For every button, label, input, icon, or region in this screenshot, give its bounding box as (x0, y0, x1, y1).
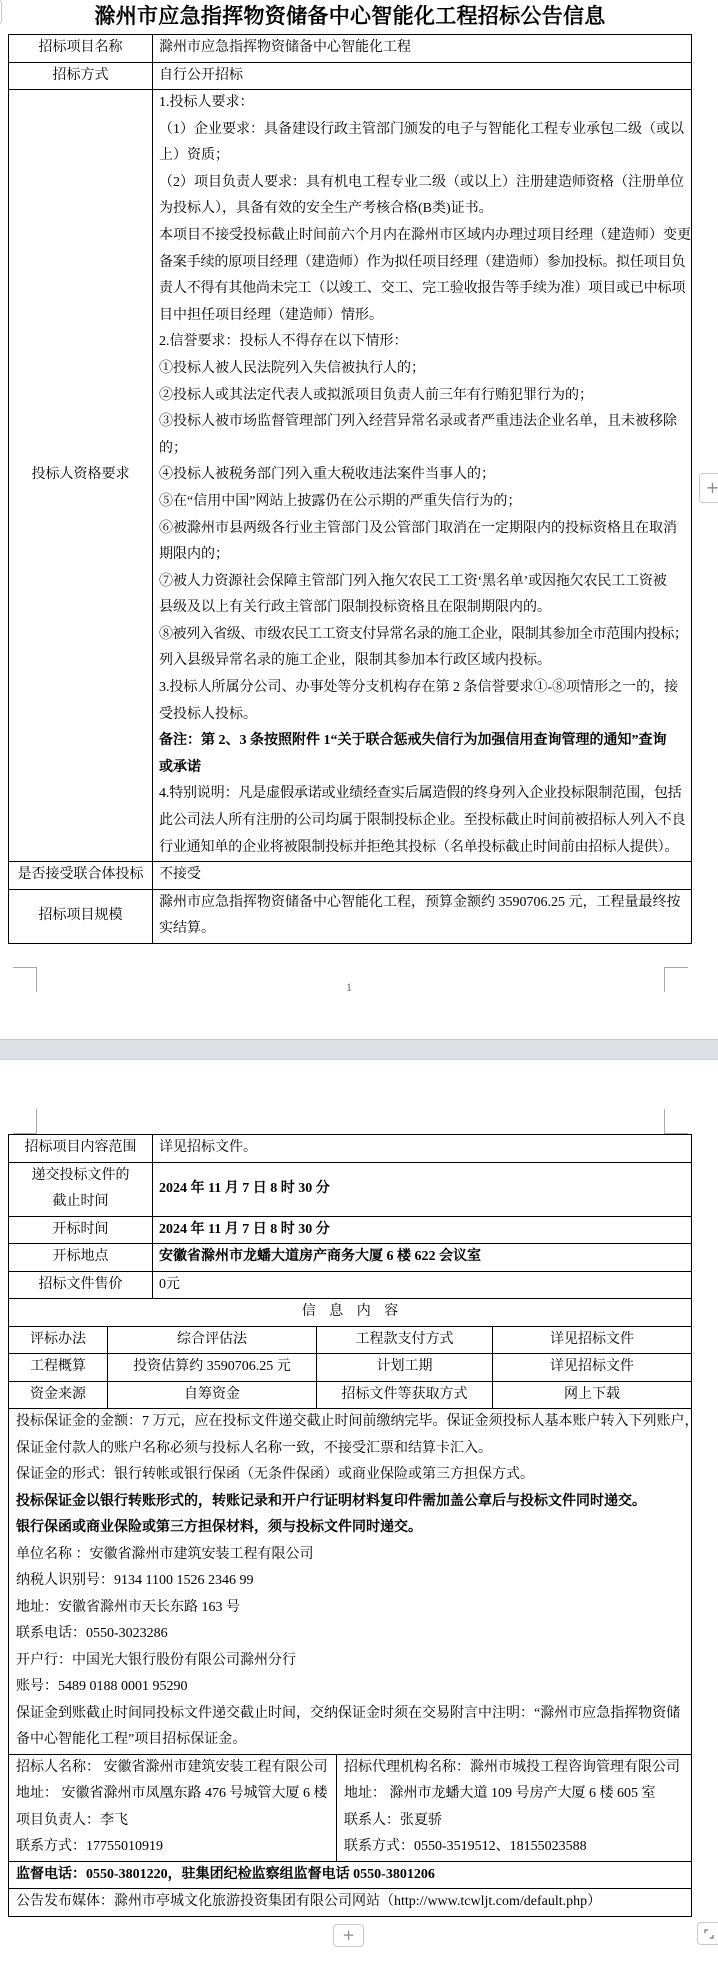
funding-source-value: 自筹资金 (108, 1381, 317, 1409)
page-number: 1 (346, 978, 352, 996)
qualification-note-line: 或承诺 (159, 755, 690, 782)
qualification-line: 县级及以上有关行政主管部门限制投标资格且在限制期限内的。 (159, 595, 690, 622)
estimate-label: 工程概算 (9, 1354, 108, 1382)
document-price-value: 0元 (153, 1271, 692, 1299)
qualification-content: 1.投标人要求： （1）企业要求：具备建设行政主管部门颁发的电子与智能化工程专业… (153, 90, 692, 862)
schedule-value: 详见招标文件 (493, 1354, 692, 1382)
supervision-phone: 监督电话：0550-3801220，驻集团纪检监察组监督电话 0550-3801… (9, 1861, 692, 1889)
scale-line: 实结算。 (159, 916, 690, 943)
evaluation-method-value: 综合评估法 (108, 1326, 317, 1354)
qualification-line: ⑧被列入省级、市级农民工工资支付异常名录的施工企业，限制其参加全市范围内投标； (159, 622, 690, 649)
page-corner-mark (13, 967, 37, 992)
agency-address: 地址： 滁州市龙蟠大道 109 号房产大厦 6 楼 605 室 (344, 1781, 690, 1808)
deposit-bold-line: 投标保证金以银行转账形式的，转账记录和开户行证明材料复印件需加盖公章后与投标文件… (16, 1489, 690, 1516)
qualification-line: ①投标人被人民法院列入失信被执行人的； (159, 356, 690, 383)
page-corner-mark (13, 1109, 37, 1134)
table-row-bidding-method: 招标方式 自行公开招标 (9, 62, 692, 90)
table-row-qualification: 投标人资格要求 1.投标人要求： （1）企业要求：具备建设行政主管部门颁发的电子… (9, 90, 692, 862)
bid-info-table-page1: 招标项目名称 滁州市应急指挥物资储备中心智能化工程 招标方式 自行公开招标 投标… (8, 34, 692, 944)
document-price-label: 招标文件售价 (9, 1271, 153, 1299)
deposit-line: 纳税人识别号：9134 1100 1526 2346 99 (16, 1568, 690, 1595)
qualification-line: ④投标人被税务部门列入重大税收违法案件当事人的； (159, 462, 690, 489)
plus-icon: + (706, 478, 718, 497)
qualification-line: 的； (159, 436, 690, 463)
qualification-note-line: 备注：第 2、3 条按照附件 1“关于联合惩戒失信行为加强信用查询管理的通知”查… (159, 728, 690, 755)
qualification-line: 目中担任项目经理（建造师）情形。 (159, 303, 690, 330)
scale-line: 滁州市应急指挥物资储备中心智能化工程，预算金额约 3590706.25 元，工程… (159, 890, 690, 917)
table-row-scale: 招标项目规模 滁州市应急指挥物资储备中心智能化工程，预算金额约 3590706.… (9, 889, 692, 943)
tenderer-project-lead: 项目负责人：李飞 (16, 1808, 335, 1835)
deposit-line: 联系电话：0550-3023286 (16, 1621, 690, 1648)
deposit-bold-line: 银行保函或商业保险或第三方担保材料，须与投标文件同时递交。 (16, 1515, 690, 1542)
table-row-deposit: 投标保证金的金额：7 万元，应在投标文件递交截止时间前缴纳完毕。保证金须投标人基… (9, 1409, 692, 1755)
table-row-opening-time: 开标时间 2024 年 11 月 7 日 8 时 30 分 (9, 1216, 692, 1244)
qualification-line: 4.特别说明：凡是虚假承诺或业绩经查实后属造假的终身列入企业投标限制范围，包括 (159, 781, 690, 808)
tenderer-address: 地址： 安徽省滁州市凤凰东路 476 号城管大厦 6 楼 (16, 1781, 335, 1808)
page-corner-mark (664, 1109, 688, 1134)
bid-info-table-page2: 招标项目内容范围 详见招标文件。 递交投标文件的 截止时间 2024 年 11 … (8, 1134, 692, 1917)
side-add-button[interactable]: + (699, 473, 718, 503)
opening-location-value: 安徽省滁州市龙蟠大道房产商务大厦 6 楼 622 会议室 (153, 1244, 692, 1272)
plus-icon: + (342, 1926, 355, 1944)
consortium-label: 是否接受联合体投标 (9, 862, 153, 890)
page-corner-mark (664, 967, 688, 992)
tenderer-info: 招标人名称： 安徽省滁州市建筑安装工程有限公司 地址： 安徽省滁州市凤凰东路 4… (9, 1754, 337, 1861)
table-row-media: 公告发布媒体：滁州市亭城文化旅游投资集团有限公司网站（http://www.tc… (9, 1889, 692, 1917)
qualification-line: ⑤在“信用中国”网站上披露仍在公示期的严重失信行为的； (159, 489, 690, 516)
evaluation-method-label: 评标办法 (9, 1326, 108, 1354)
estimate-value: 投资估算约 3590706.25 元 (108, 1354, 317, 1382)
tenderer-contact: 联系方式：17755010919 (16, 1834, 335, 1861)
document-title: 滁州市应急指挥物资储备中心智能化工程招标公告信息 (0, 0, 700, 32)
table-row-info: 工程概算 投资估算约 3590706.25 元 计划工期 详见招标文件 (9, 1354, 692, 1382)
qualification-line: 1.投标人要求： (159, 90, 690, 117)
table-row-supervision: 监督电话：0550-3801220，驻集团纪检监察组监督电话 0550-3801… (9, 1861, 692, 1889)
payment-method-label: 工程款支付方式 (317, 1326, 493, 1354)
deposit-line: 账号：5489 0188 0001 95290 (16, 1674, 690, 1701)
deposit-line: 单位名称 ：安徽省滁州市建筑安装工程有限公司 (16, 1542, 690, 1569)
qualification-line: ②投标人或其法定代表人或拟派项目负责人前三年有行贿犯罪行为的； (159, 383, 690, 410)
scope-label: 招标项目内容范围 (9, 1135, 153, 1163)
scale-content: 滁州市应急指挥物资储备中心智能化工程，预算金额约 3590706.25 元，工程… (153, 889, 692, 943)
expand-button[interactable] (697, 1922, 718, 1945)
qualification-line: 3.投标人所属分公司、办事处等分支机构存在第 2 条信誉要求①-⑧项情形之一的，… (159, 675, 690, 702)
add-button[interactable]: + (333, 1924, 364, 1947)
qualification-line: （2）项目负责人要求：具有机电工程专业二级（或以上）注册建造师资格（注册单位 (159, 170, 690, 197)
table-row-project-name: 招标项目名称 滁州市应急指挥物资储备中心智能化工程 (9, 35, 692, 63)
expand-icon (704, 1929, 714, 1939)
table-row-scope: 招标项目内容范围 详见招标文件。 (9, 1135, 692, 1163)
deposit-line: 保证金的形式：银行转帐或银行保函（无条件保函）或商业保险或第三方担保方式。 (16, 1462, 690, 1489)
deposit-line: 地址：安徽省滁州市天长东路 163 号 (16, 1595, 690, 1622)
deposit-line: 投标保证金的金额：7 万元，应在投标文件递交截止时间前缴纳完毕。保证金须投标人基… (16, 1409, 690, 1436)
submission-deadline-label-line: 递交投标文件的 (9, 1163, 152, 1190)
schedule-label: 计划工期 (317, 1354, 493, 1382)
table-row-info-header: 信 息 内 容 (9, 1299, 692, 1327)
opening-time-label: 开标时间 (9, 1216, 153, 1244)
scope-value: 详见招标文件。 (153, 1135, 692, 1163)
deposit-content: 投标保证金的金额：7 万元，应在投标文件递交截止时间前缴纳完毕。保证金须投标人基… (9, 1409, 692, 1755)
table-row-contacts: 招标人名称： 安徽省滁州市建筑安装工程有限公司 地址： 安徽省滁州市凤凰东路 4… (9, 1754, 692, 1861)
table-row-info: 资金来源 自筹资金 招标文件等获取方式 网上下载 (9, 1381, 692, 1409)
qualification-line: 为投标人），具备有效的安全生产考核合格(B类)证书。 (159, 196, 690, 223)
publication-media: 公告发布媒体：滁州市亭城文化旅游投资集团有限公司网站（http://www.tc… (9, 1889, 692, 1917)
qualification-line: 责人不得有其他尚未完工（以竣工、交工、完工验收报告等手续为准）项目或已中标项 (159, 276, 690, 303)
table-row-document-price: 招标文件售价 0元 (9, 1271, 692, 1299)
qualification-line: ③投标人被市场监督管理部门列入经营异常名录或者严重违法企业名单，且未被移除 (159, 409, 690, 436)
deposit-line: 开户行：中国光大银行股份有限公司滁州分行 (16, 1648, 690, 1675)
submission-deadline-value: 2024 年 11 月 7 日 8 时 30 分 (153, 1162, 692, 1216)
info-section-header: 信 息 内 容 (9, 1299, 692, 1327)
payment-method-value: 详见招标文件 (493, 1326, 692, 1354)
qualification-line: 本项目不接受投标截止时间前六个月内在滁州市区域内办理过项目经理（建造师）变更 (159, 223, 690, 250)
table-row-submission-deadline: 递交投标文件的 截止时间 2024 年 11 月 7 日 8 时 30 分 (9, 1162, 692, 1216)
consortium-value: 不接受 (153, 862, 692, 890)
qualification-line: 上）资质； (159, 143, 690, 170)
document-access-value: 网上下载 (493, 1381, 692, 1409)
qualification-line: 备案手续的原项目经理（建造师）作为拟任项目经理（建造师）参加投标。拟任项目负 (159, 250, 690, 277)
agency-contact: 联系方式：0550-3519512、18155023588 (344, 1834, 690, 1861)
bidding-method-label: 招标方式 (9, 62, 153, 90)
deposit-line: 保证金付款人的账户名称必须与投标人名称一致，不接受汇票和结算卡汇入。 (16, 1436, 690, 1463)
tenderer-name: 招标人名称： 安徽省滁州市建筑安装工程有限公司 (16, 1755, 335, 1782)
bidding-method-value: 自行公开招标 (153, 62, 692, 90)
table-row-opening-location: 开标地点 安徽省滁州市龙蟠大道房产商务大厦 6 楼 622 会议室 (9, 1244, 692, 1272)
qualification-line: 列入县级异常名录的施工企业，限制其参加本行政区域内投标。 (159, 648, 690, 675)
opening-location-label: 开标地点 (9, 1244, 153, 1272)
agency-contact-person: 联系人：张夏骄 (344, 1808, 690, 1835)
document-access-label: 招标文件等获取方式 (317, 1381, 493, 1409)
qualification-line: 行业通知单的企业将被限制投标并拒绝其投标（名单投标截止时间前由招标人提供）。 (159, 835, 690, 862)
qualification-line: （1）企业要求：具备建设行政主管部门颁发的电子与智能化工程专业承包二级（或以 (159, 117, 690, 144)
qualification-line: 期限内的； (159, 542, 690, 569)
qualification-line: 2.信誉要求：投标人不得存在以下情形： (159, 329, 690, 356)
qualification-line: 受投标人投标。 (159, 702, 690, 729)
qualification-line: 此公司法人所有注册的公司均属于限制投标企业。至投标截止时间前被招标人列入不良 (159, 808, 690, 835)
agency-info: 招标代理机构名称：滁州市城投工程咨询管理有限公司 地址： 滁州市龙蟠大道 109… (337, 1754, 692, 1861)
deposit-line: 保证金到账截止时间同投标文件递交截止时间，交纳保证金时须在交易附言中注明：“滁州… (16, 1701, 690, 1728)
table-row-consortium: 是否接受联合体投标 不接受 (9, 862, 692, 890)
qualification-line: ⑥被滁州市县两级各行业主管部门及公管部门取消在一定期限内的投标资格且在取消 (159, 516, 690, 543)
qualification-label: 投标人资格要求 (9, 90, 153, 862)
submission-deadline-label: 递交投标文件的 截止时间 (9, 1162, 153, 1216)
opening-time-value: 2024 年 11 月 7 日 8 时 30 分 (153, 1216, 692, 1244)
qualification-line: ⑦被人力资源社会保障主管部门列入拖欠农民工工资‘黑名单’或因拖欠农民工工资被 (159, 569, 690, 596)
project-name-label: 招标项目名称 (9, 35, 153, 63)
scale-label: 招标项目规模 (9, 889, 153, 943)
page-separator (0, 1039, 718, 1060)
agency-name: 招标代理机构名称：滁州市城投工程咨询管理有限公司 (344, 1755, 690, 1782)
funding-source-label: 资金来源 (9, 1381, 108, 1409)
table-row-info: 评标办法 综合评估法 工程款支付方式 详见招标文件 (9, 1326, 692, 1354)
submission-deadline-label-line: 截止时间 (9, 1189, 152, 1216)
project-name-value: 滁州市应急指挥物资储备中心智能化工程 (153, 35, 692, 63)
deposit-line: 备中心智能化工程”项目招标保证金。 (16, 1727, 690, 1754)
